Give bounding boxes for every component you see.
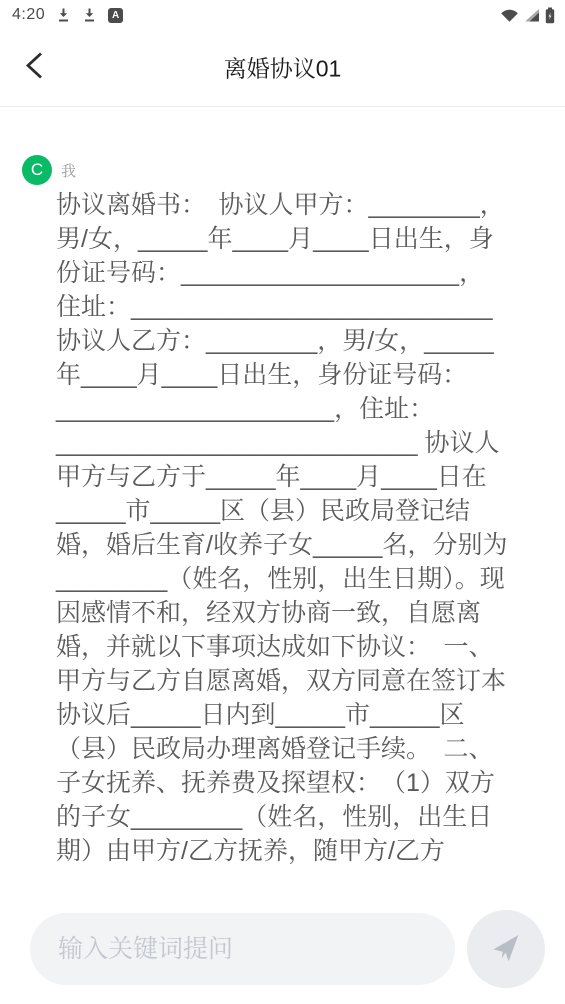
sender-label: 我 <box>61 160 76 181</box>
avatar: C <box>22 155 52 185</box>
message-text: 协议离婚书： 协议人甲方：________，男/女，_____年____月___… <box>56 188 508 868</box>
status-time: 4:20 <box>12 6 45 24</box>
page-title: 离婚协议01 <box>60 51 505 84</box>
composer-bar <box>0 900 565 1004</box>
status-bar-left: 4:20 A <box>12 6 123 24</box>
app-badge-icon: A <box>108 8 123 23</box>
back-button[interactable] <box>14 43 54 92</box>
cellular-signal-icon <box>524 8 540 23</box>
download-icon <box>82 7 97 24</box>
download-icon <box>56 7 71 24</box>
chevron-left-icon <box>22 51 46 81</box>
chat-area: C 我 协议离婚书： 协议人甲方：________，男/女，_____年____… <box>0 107 565 900</box>
battery-icon <box>545 7 555 24</box>
status-bar-right <box>500 7 555 24</box>
message-header: C 我 <box>22 155 565 185</box>
paper-plane-icon <box>485 928 527 970</box>
wifi-icon <box>500 8 519 23</box>
send-button[interactable] <box>467 910 545 988</box>
status-bar: 4:20 A <box>0 0 565 28</box>
question-input[interactable] <box>30 913 455 985</box>
chat-message: C 我 协议离婚书： 协议人甲方：________，男/女，_____年____… <box>22 155 565 868</box>
header: 离婚协议01 <box>0 28 565 107</box>
